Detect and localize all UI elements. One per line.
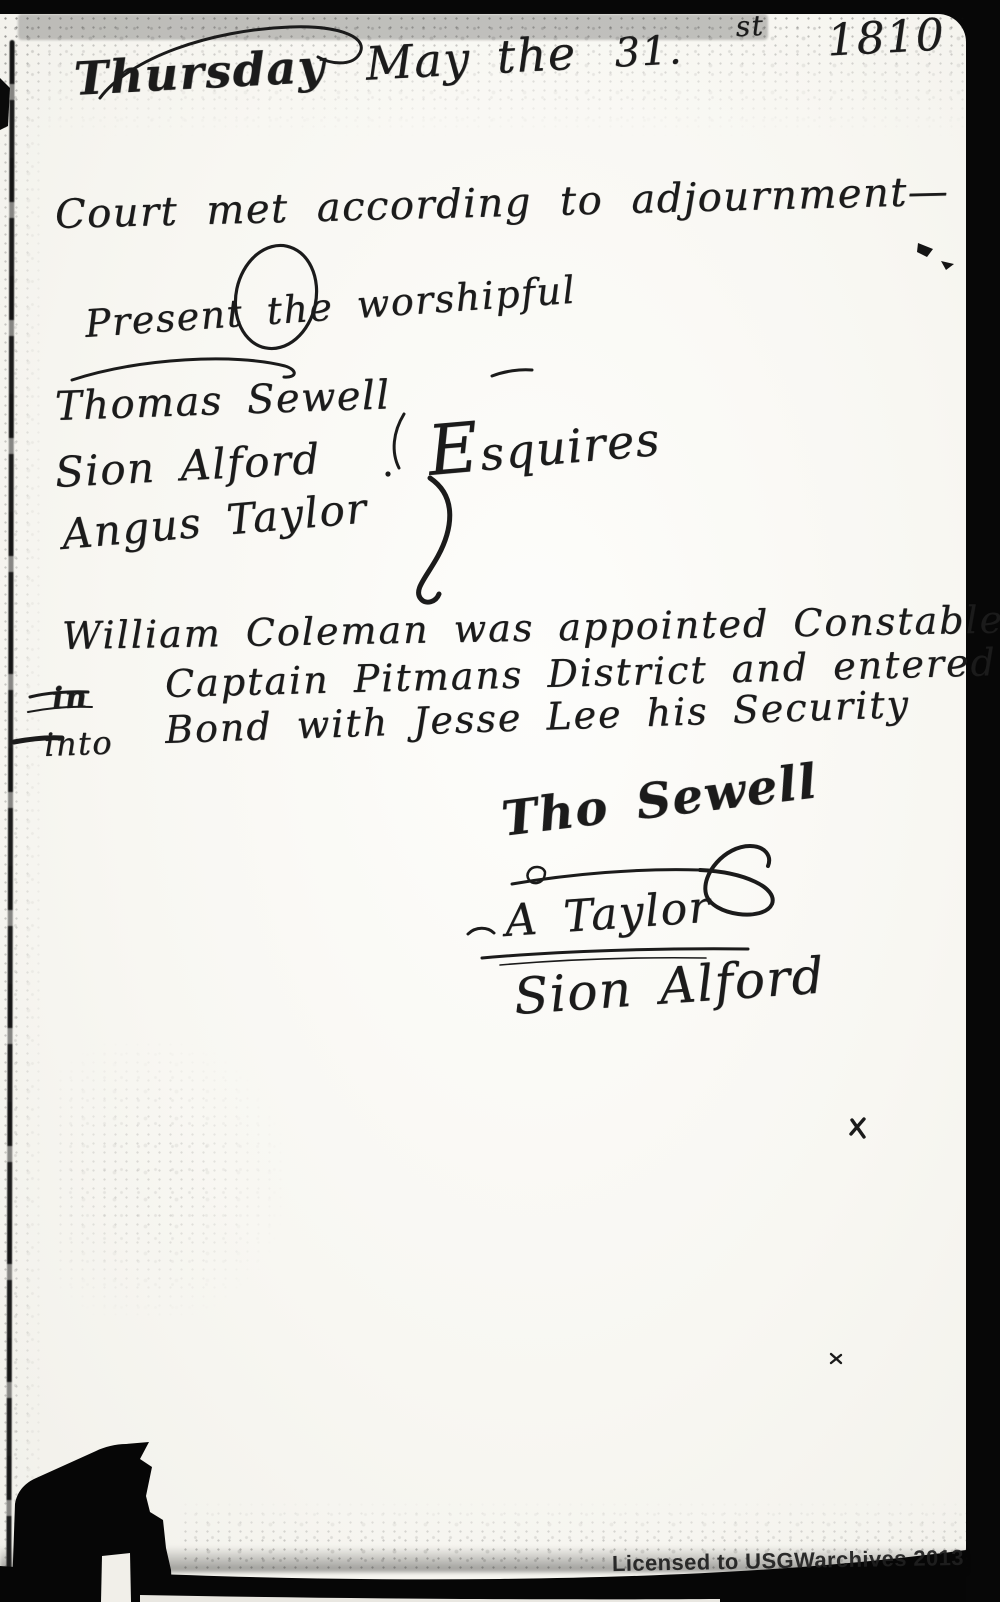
year-text: 1810: [826, 9, 946, 66]
paper-sheet: [0, 14, 966, 1602]
scanned-court-record-page: Thursday May the 31. st 1810 Court met a…: [0, 0, 1000, 1602]
order-line-2-margin-word: in: [51, 680, 89, 717]
order-line-3-margin-word: into: [43, 724, 113, 764]
day-number-text: 31.: [613, 27, 683, 77]
ordinal-superscript: st: [735, 9, 765, 43]
month-phrase-text: May the: [364, 26, 578, 91]
